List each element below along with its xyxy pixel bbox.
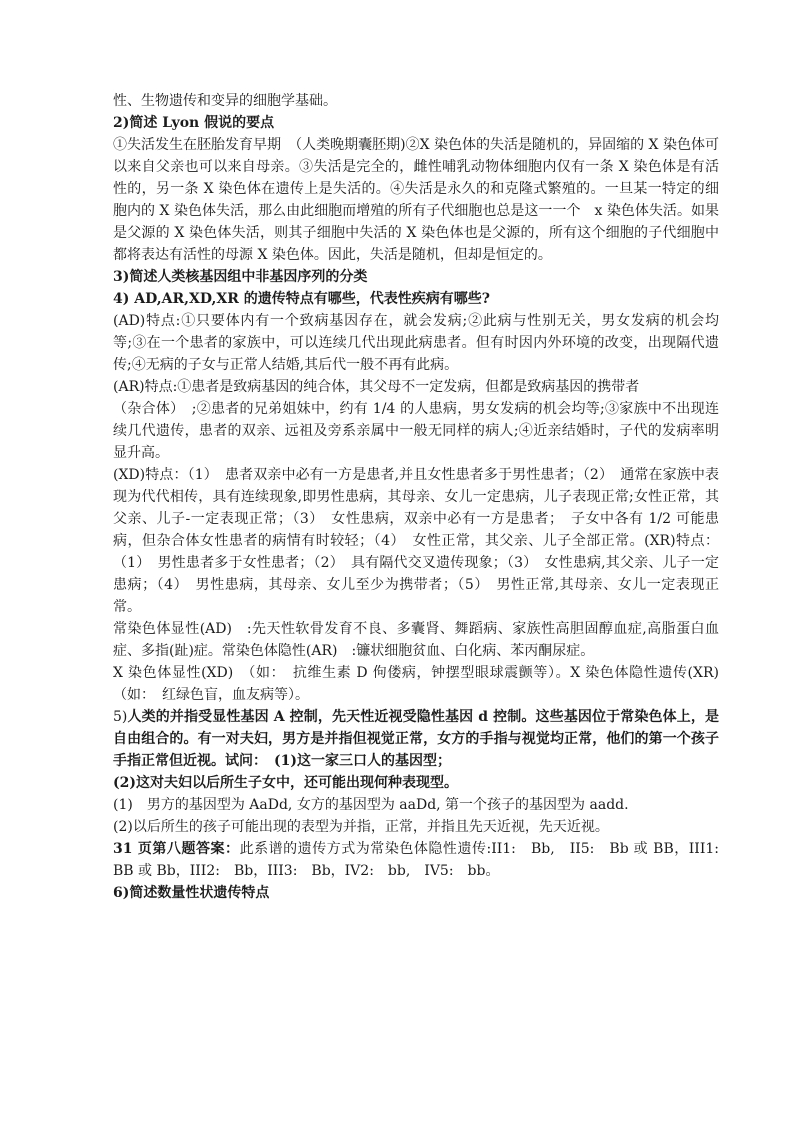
question-4-ad-features: (AD)特点:①只要体内有一个致病基因存在，就会发病;②此病与性别无关，男女发病… <box>113 310 719 376</box>
document-page: 性、生物遗传和变异的细胞学基础。 2)简述 Lyon 假说的要点 ①失活发生在胚… <box>113 0 719 904</box>
question-2-answer: ①失活发生在胚胎发育早期 （人类晚期囊胚期)②X 染色体的失活是随机的，异固缩的… <box>113 134 719 266</box>
question-4-autosomal-diseases: 常染色体显性(AD) :先天性软骨发育不良、多囊肾、舞蹈病、家族性高胆固醇血症,… <box>113 618 719 662</box>
question-5-number: 5) <box>113 709 127 725</box>
page31-answer-label: 31 页第八题答案： <box>113 841 240 857</box>
question-5-heading: 5)人类的并指受显性基因 A 控制，先天性近视受隐性基因 d 控制。这些基因位于… <box>113 706 719 772</box>
question-2-heading: 2)简述 Lyon 假说的要点 <box>113 112 719 134</box>
question-5-answer-2: (2)以后所生的孩子可能出现的表型为并指，正常，并指且先天近视，先天近视。 <box>113 816 719 838</box>
question-5-heading-part2: (2)这对夫妇以后所生子女中，还可能出现何种表现型。 <box>113 772 719 794</box>
question-3-heading: 3)简述人类核基因组中非基因序列的分类 <box>113 266 719 288</box>
intro-tail-line: 性、生物遗传和变异的细胞学基础。 <box>113 90 719 112</box>
question-4-x-linked-diseases: X 染色体显性(XD) （如： 抗维生素 D 佝偻病，钟摆型眼球震颤等）。X 染… <box>113 662 719 706</box>
question-4-ar-features-line1: (AR)特点:①患者是致病基因的纯合体，其父母不一定发病，但都是致病基因的携带者 <box>113 376 719 398</box>
question-6-heading: 6)简述数量性状遗传特点 <box>113 882 719 904</box>
question-4-heading: 4) AD,AR,XD,XR 的遗传特点有哪些，代表性疾病有哪些? <box>113 288 719 310</box>
page31-answer-line: 31 页第八题答案：此系谱的遗传方式为常染色体隐性遗传:II1: Bb, II5… <box>113 838 719 882</box>
question-5-answer-1: (1) 男方的基因型为 AaDd, 女方的基因型为 aaDd, 第一个孩子的基因… <box>113 794 719 816</box>
question-5-heading-text: 人类的并指受显性基因 A 控制，先天性近视受隐性基因 d 控制。这些基因位于常染… <box>113 709 719 769</box>
question-4-ar-features-line2: （杂合体） ;②患者的兄弟姐妹中，约有 1/4 的人患病，男女发病的机会均等;③… <box>113 398 719 464</box>
question-4-xd-xr-features: (XD)特点：（1） 患者双亲中必有一方是患者,并且女性患者多于男性患者；（2）… <box>113 464 719 618</box>
